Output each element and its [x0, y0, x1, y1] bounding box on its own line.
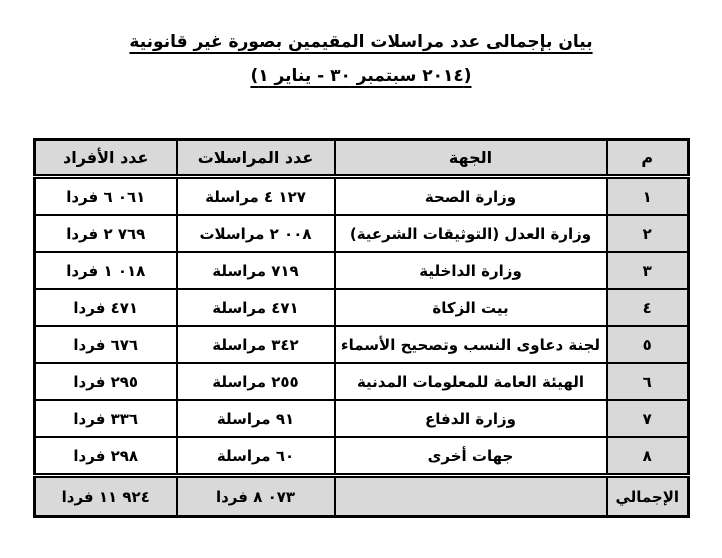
header-cell-entity: الجهة — [335, 140, 607, 177]
individuals-cell: ٦٧٦ فردا — [35, 326, 177, 363]
row-number-cell: ٥ — [607, 326, 689, 363]
individuals-cell: ٢ ٧٦٩ فردا — [35, 215, 177, 252]
entity-cell: وزارة الدفاع — [335, 400, 607, 437]
entity-cell: بيت الزكاة — [335, 289, 607, 326]
table-row: ٧ وزارة الدفاع ٩١ مراسلة ٣٣٦ فردا — [35, 400, 689, 437]
entity-cell: وزارة الداخلية — [335, 252, 607, 289]
correspondences-cell: ٢٥٥ مراسلة — [177, 363, 335, 400]
document-page: بيان بإجمالى عدد مراسلات المقيمين بصورة … — [0, 0, 722, 558]
header-cell-correspondences: عدد المراسلات — [177, 140, 335, 177]
table-total-row: الإجمالي ٨ ٠٧٣ فردا ١١ ٩٢٤ فردا — [35, 476, 689, 517]
correspondences-cell: ٣٤٢ مراسلة — [177, 326, 335, 363]
table-header-row: م الجهة عدد المراسلات عدد الأفراد — [35, 140, 689, 177]
document-title-line1: بيان بإجمالى عدد مراسلات المقيمين بصورة … — [129, 34, 592, 51]
correspondences-cell: ٩١ مراسلة — [177, 400, 335, 437]
total-correspondences-cell: ٨ ٠٧٣ فردا — [177, 476, 335, 517]
individuals-cell: ٤٧١ فردا — [35, 289, 177, 326]
table-row: ٨ جهات أخرى ٦٠ مراسلة ٢٩٨ فردا — [35, 437, 689, 476]
individuals-cell: ٣٣٦ فردا — [35, 400, 177, 437]
individuals-cell: ٢٩٨ فردا — [35, 437, 177, 476]
row-number-cell: ١ — [607, 177, 689, 216]
table-row: ٥ لجنة دعاوى النسب وتصحيح الأسماء ٣٤٢ مر… — [35, 326, 689, 363]
table-row: ٣ وزارة الداخلية ٧١٩ مراسلة ١ ٠١٨ فردا — [35, 252, 689, 289]
row-number-cell: ٢ — [607, 215, 689, 252]
statistics-table: م الجهة عدد المراسلات عدد الأفراد ١ وزار… — [33, 138, 690, 518]
table-row: ٦ الهيئة العامة للمعلومات المدنية ٢٥٥ مر… — [35, 363, 689, 400]
entity-cell: وزارة العدل (التوثيقات الشرعية) — [335, 215, 607, 252]
correspondences-cell: ٧١٩ مراسلة — [177, 252, 335, 289]
correspondences-cell: ٢ ٠٠٨ مراسلات — [177, 215, 335, 252]
correspondences-cell: ٤ ١٢٧ مراسلة — [177, 177, 335, 216]
header-cell-individuals: عدد الأفراد — [35, 140, 177, 177]
table-row: ٢ وزارة العدل (التوثيقات الشرعية) ٢ ٠٠٨ … — [35, 215, 689, 252]
total-label-cell: الإجمالي — [607, 476, 689, 517]
entity-cell: الهيئة العامة للمعلومات المدنية — [335, 363, 607, 400]
row-number-cell: ٨ — [607, 437, 689, 476]
correspondences-cell: ٤٧١ مراسلة — [177, 289, 335, 326]
document-titles: بيان بإجمالى عدد مراسلات المقيمين بصورة … — [0, 34, 722, 85]
table-row: ١ وزارة الصحة ٤ ١٢٧ مراسلة ٦ ٠٦١ فردا — [35, 177, 689, 216]
individuals-cell: ٢٩٥ فردا — [35, 363, 177, 400]
individuals-cell: ٦ ٠٦١ فردا — [35, 177, 177, 216]
row-number-cell: ٣ — [607, 252, 689, 289]
row-number-cell: ٦ — [607, 363, 689, 400]
header-cell-number: م — [607, 140, 689, 177]
individuals-cell: ١ ٠١٨ فردا — [35, 252, 177, 289]
table-row: ٤ بيت الزكاة ٤٧١ مراسلة ٤٧١ فردا — [35, 289, 689, 326]
entity-cell: وزارة الصحة — [335, 177, 607, 216]
row-number-cell: ٤ — [607, 289, 689, 326]
correspondences-cell: ٦٠ مراسلة — [177, 437, 335, 476]
row-number-cell: ٧ — [607, 400, 689, 437]
document-title-date-range: (٢٠١٤ سبتمبر ٣٠ - يناير ١) — [250, 68, 471, 85]
entity-cell: جهات أخرى — [335, 437, 607, 476]
total-entity-cell — [335, 476, 607, 517]
total-individuals-cell: ١١ ٩٢٤ فردا — [35, 476, 177, 517]
entity-cell: لجنة دعاوى النسب وتصحيح الأسماء — [335, 326, 607, 363]
